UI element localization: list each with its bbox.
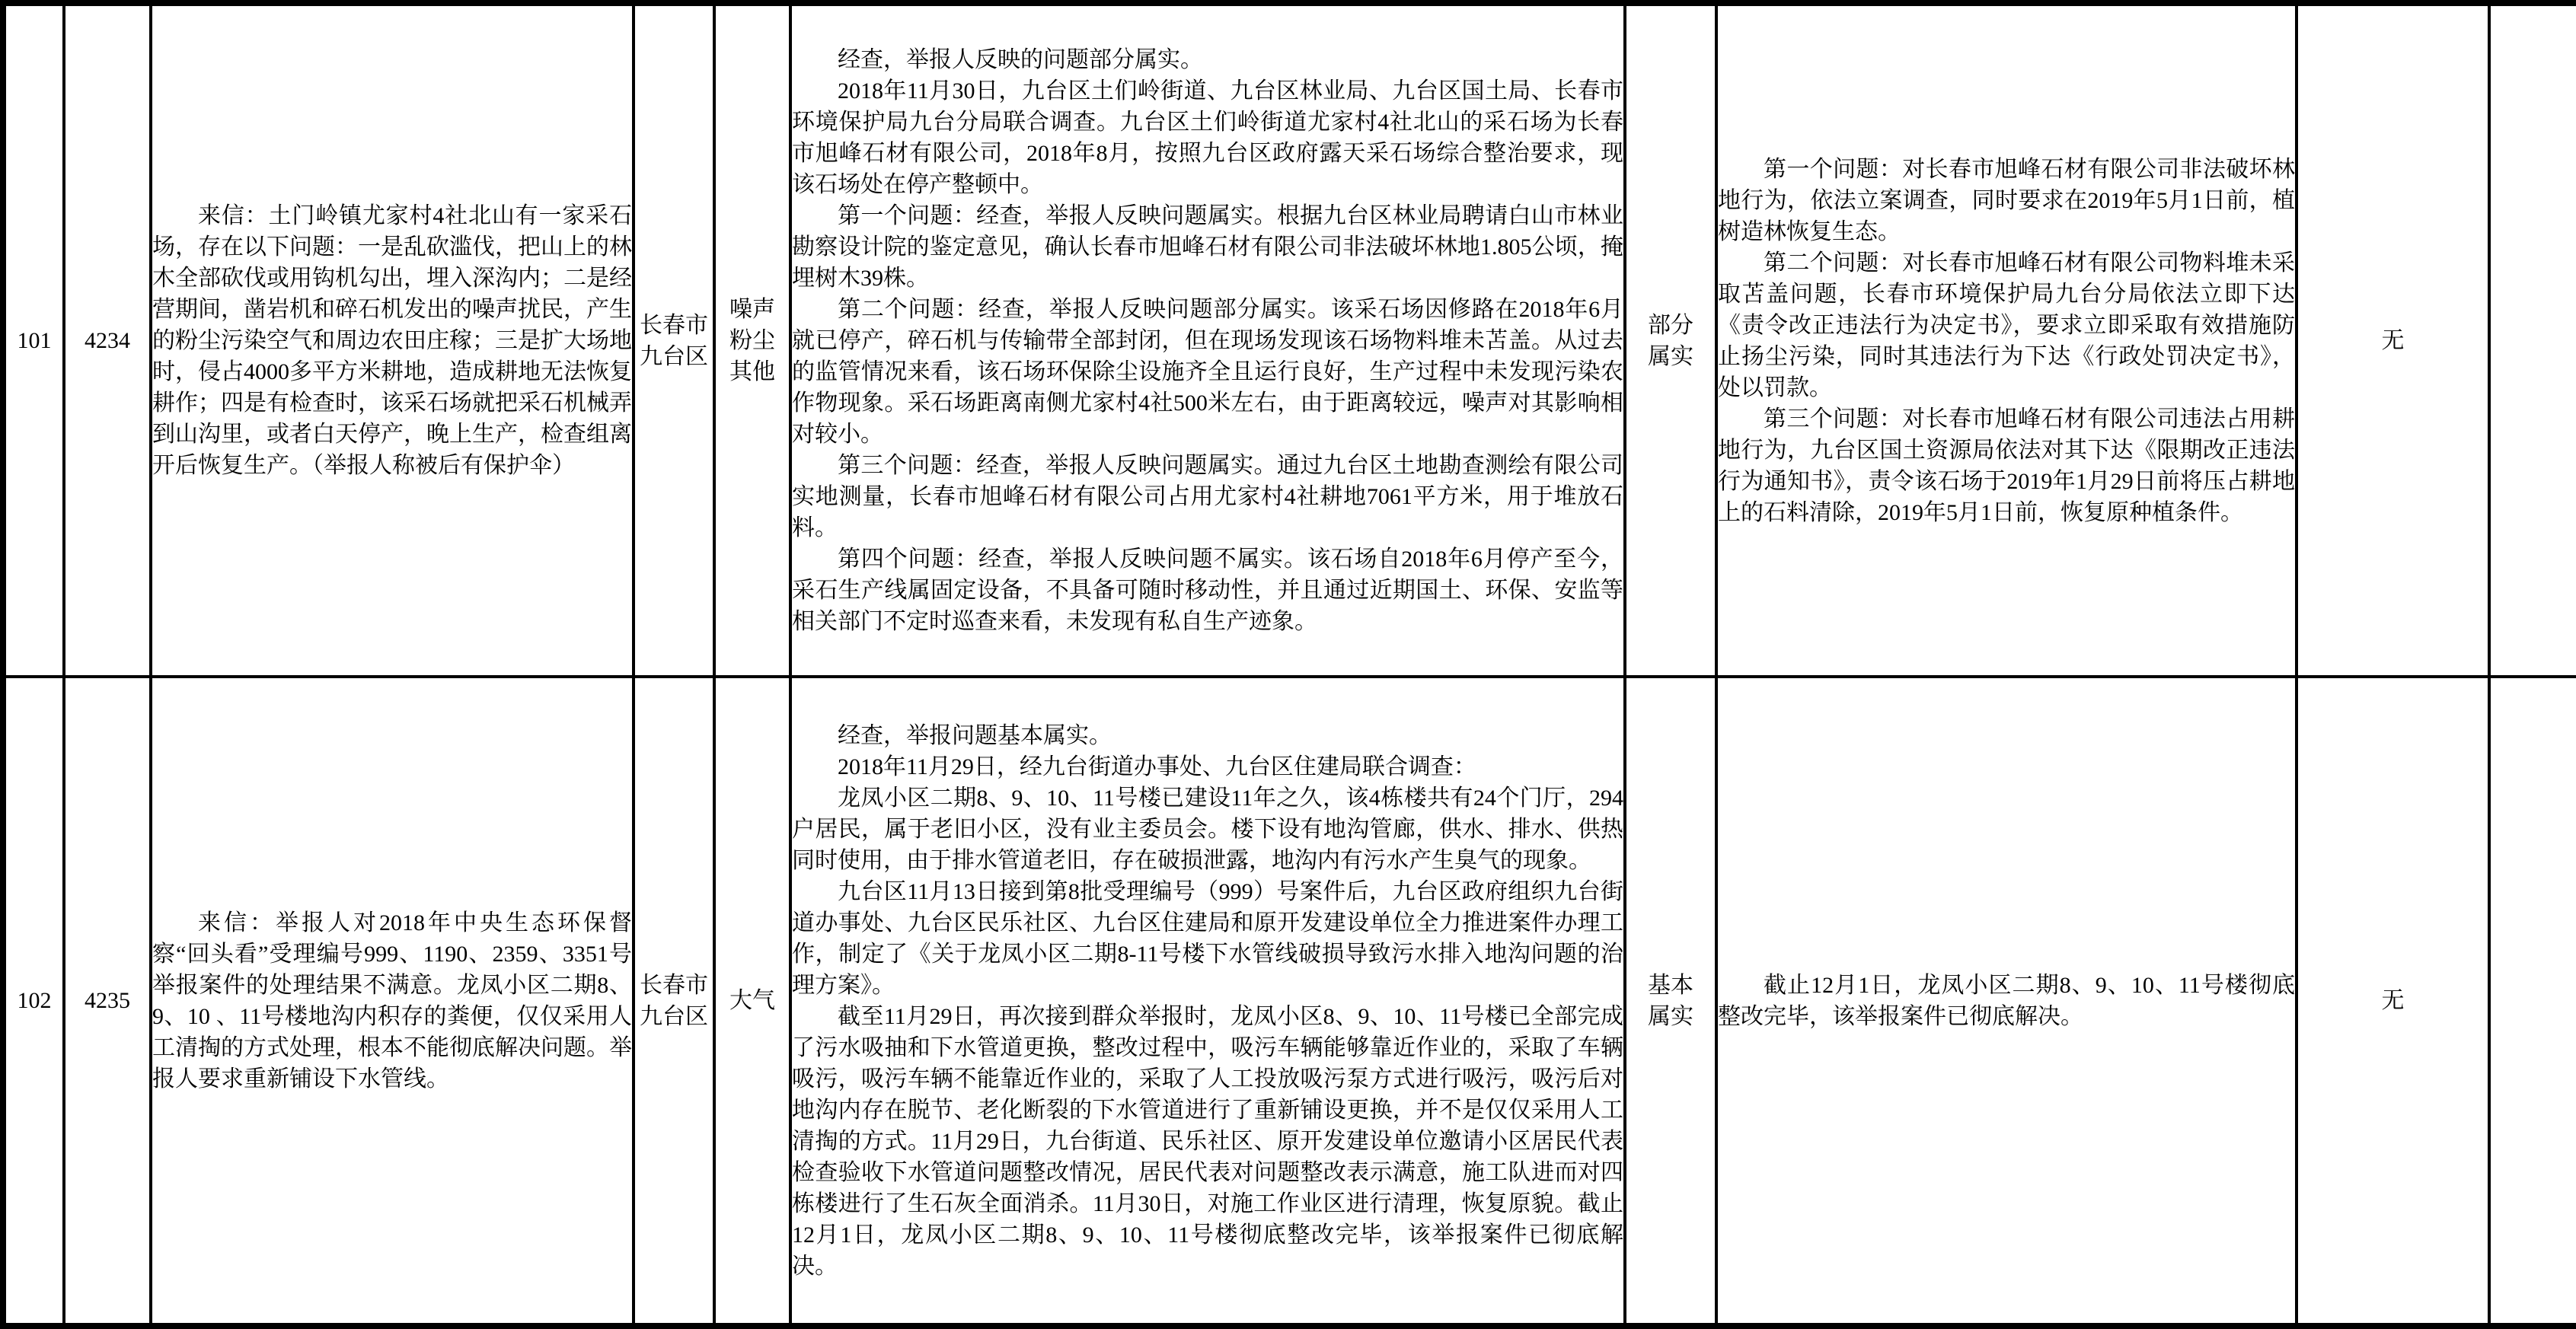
pollution-type-cell: 噪声粉尘其他 <box>714 3 790 677</box>
paragraph: 经查，举报问题基本属实。 <box>792 720 1623 751</box>
paragraph: 截至11月29日，再次接到群众举报时，龙凤小区8、9、10、11号楼已全部完成了… <box>792 1001 1623 1282</box>
table-row: 101 4234 来信：土门岭镇尤家村4社北山有一家采石场，存在以下问题：一是乱… <box>3 3 2576 677</box>
handling-measures-cell: 第一个问题：对长春市旭峰石材有限公司非法破坏林地行为，依法立案调查，同时要求在2… <box>1716 3 2297 677</box>
pollution-type-text: 大气 <box>729 985 775 1016</box>
investigation-cell: 经查，举报问题基本属实。2018年11月29日，经九台街道办事处、九台区住建局联… <box>790 677 1625 1326</box>
accountability-cell: 无 <box>2297 3 2489 677</box>
accountability-cell: 无 <box>2297 677 2489 1326</box>
case-number-cell: 4234 <box>64 3 151 677</box>
report-page: 101 4234 来信：土门岭镇尤家村4社北山有一家采石场，存在以下问题：一是乱… <box>0 0 2576 1329</box>
paragraph: 第二个问题：对长春市旭峰石材有限公司物料堆未采取苫盖问题，长春市环境保护局九台分… <box>1718 247 2295 403</box>
paragraph: 第一个问题：对长春市旭峰石材有限公司非法破坏林地行为，依法立案调查，同时要求在2… <box>1718 154 2295 247</box>
paragraph: 第四个问题：经查，举报人反映问题不属实。该石场自2018年6月停产至今，采石生产… <box>792 543 1623 637</box>
pollution-type-cell: 大气 <box>714 677 790 1326</box>
verification-status-text: 基本属实 <box>1648 970 1693 1032</box>
complaint-handling-table: 101 4234 来信：土门岭镇尤家村4社北山有一家采石场，存在以下问题：一是乱… <box>0 0 2576 1329</box>
city-district-cell: 长春市九台区 <box>634 3 714 677</box>
case-number-cell: 4235 <box>64 677 151 1326</box>
complaint-text: 来信：举报人对2018年中央生态环保督察“回头看”受理编号999、1190、23… <box>152 907 632 1095</box>
verification-status-cell: 基本属实 <box>1625 677 1716 1326</box>
investigation-cell: 经查，举报人反映的问题部分属实。2018年11月30日，九台区土们岭街道、九台区… <box>790 3 1625 677</box>
serial-number-cell: 102 <box>3 677 64 1326</box>
paragraph: 第二个问题：经查，举报人反映问题部分属实。该采石场因修路在2018年6月就已停产… <box>792 294 1623 450</box>
paragraph: 经查，举报人反映的问题部分属实。 <box>792 44 1623 75</box>
paragraph: 截止12月1日，龙凤小区二期8、9、10、11号楼彻底整改完毕，该举报案件已彻底… <box>1718 970 2295 1032</box>
handling-measures-cell: 截止12月1日，龙凤小区二期8、9、10、11号楼彻底整改完毕，该举报案件已彻底… <box>1716 677 2297 1326</box>
table-row: 102 4235 来信：举报人对2018年中央生态环保督察“回头看”受理编号99… <box>3 677 2576 1326</box>
paragraph: 第三个问题：对长春市旭峰石材有限公司违法占用耕地行为，九台区国土资源局依法对其下… <box>1718 403 2295 528</box>
paragraph: 龙凤小区二期8、9、10、11号楼已建设11年之久，该4栋楼共有24个门厅，29… <box>792 782 1623 876</box>
pollution-type-text: 噪声粉尘其他 <box>729 294 775 387</box>
complaint-cell: 来信：举报人对2018年中央生态环保督察“回头看”受理编号999、1190、23… <box>151 677 634 1326</box>
serial-number-cell: 101 <box>3 3 64 677</box>
complaint-text: 来信：土门岭镇尤家村4社北山有一家采石场，存在以下问题：一是乱砍滥伐，把山上的林… <box>152 200 632 481</box>
blank-cell <box>2489 3 2576 677</box>
blank-cell <box>2489 677 2576 1326</box>
paragraph: 第一个问题：经查，举报人反映问题属实。根据九台区林业局聘请白山市林业勘察设计院的… <box>792 200 1623 294</box>
paragraph: 第三个问题：经查，举报人反映问题属实。通过九台区土地勘查测绘有限公司实地测量，长… <box>792 450 1623 543</box>
city-district-text: 长春市九台区 <box>640 310 708 372</box>
paragraph: 九台区11月13日接到第8批受理编号（999）号案件后，九台区政府组织九台街道办… <box>792 876 1623 1001</box>
verification-status-cell: 部分属实 <box>1625 3 1716 677</box>
complaint-cell: 来信：土门岭镇尤家村4社北山有一家采石场，存在以下问题：一是乱砍滥伐，把山上的林… <box>151 3 634 677</box>
verification-status-text: 部分属实 <box>1648 310 1693 372</box>
paragraph: 2018年11月30日，九台区土们岭街道、九台区林业局、九台区国土局、长春市环境… <box>792 75 1623 200</box>
city-district-text: 长春市九台区 <box>640 970 708 1032</box>
city-district-cell: 长春市九台区 <box>634 677 714 1326</box>
paragraph: 2018年11月29日，经九台街道办事处、九台区住建局联合调查： <box>792 751 1623 782</box>
